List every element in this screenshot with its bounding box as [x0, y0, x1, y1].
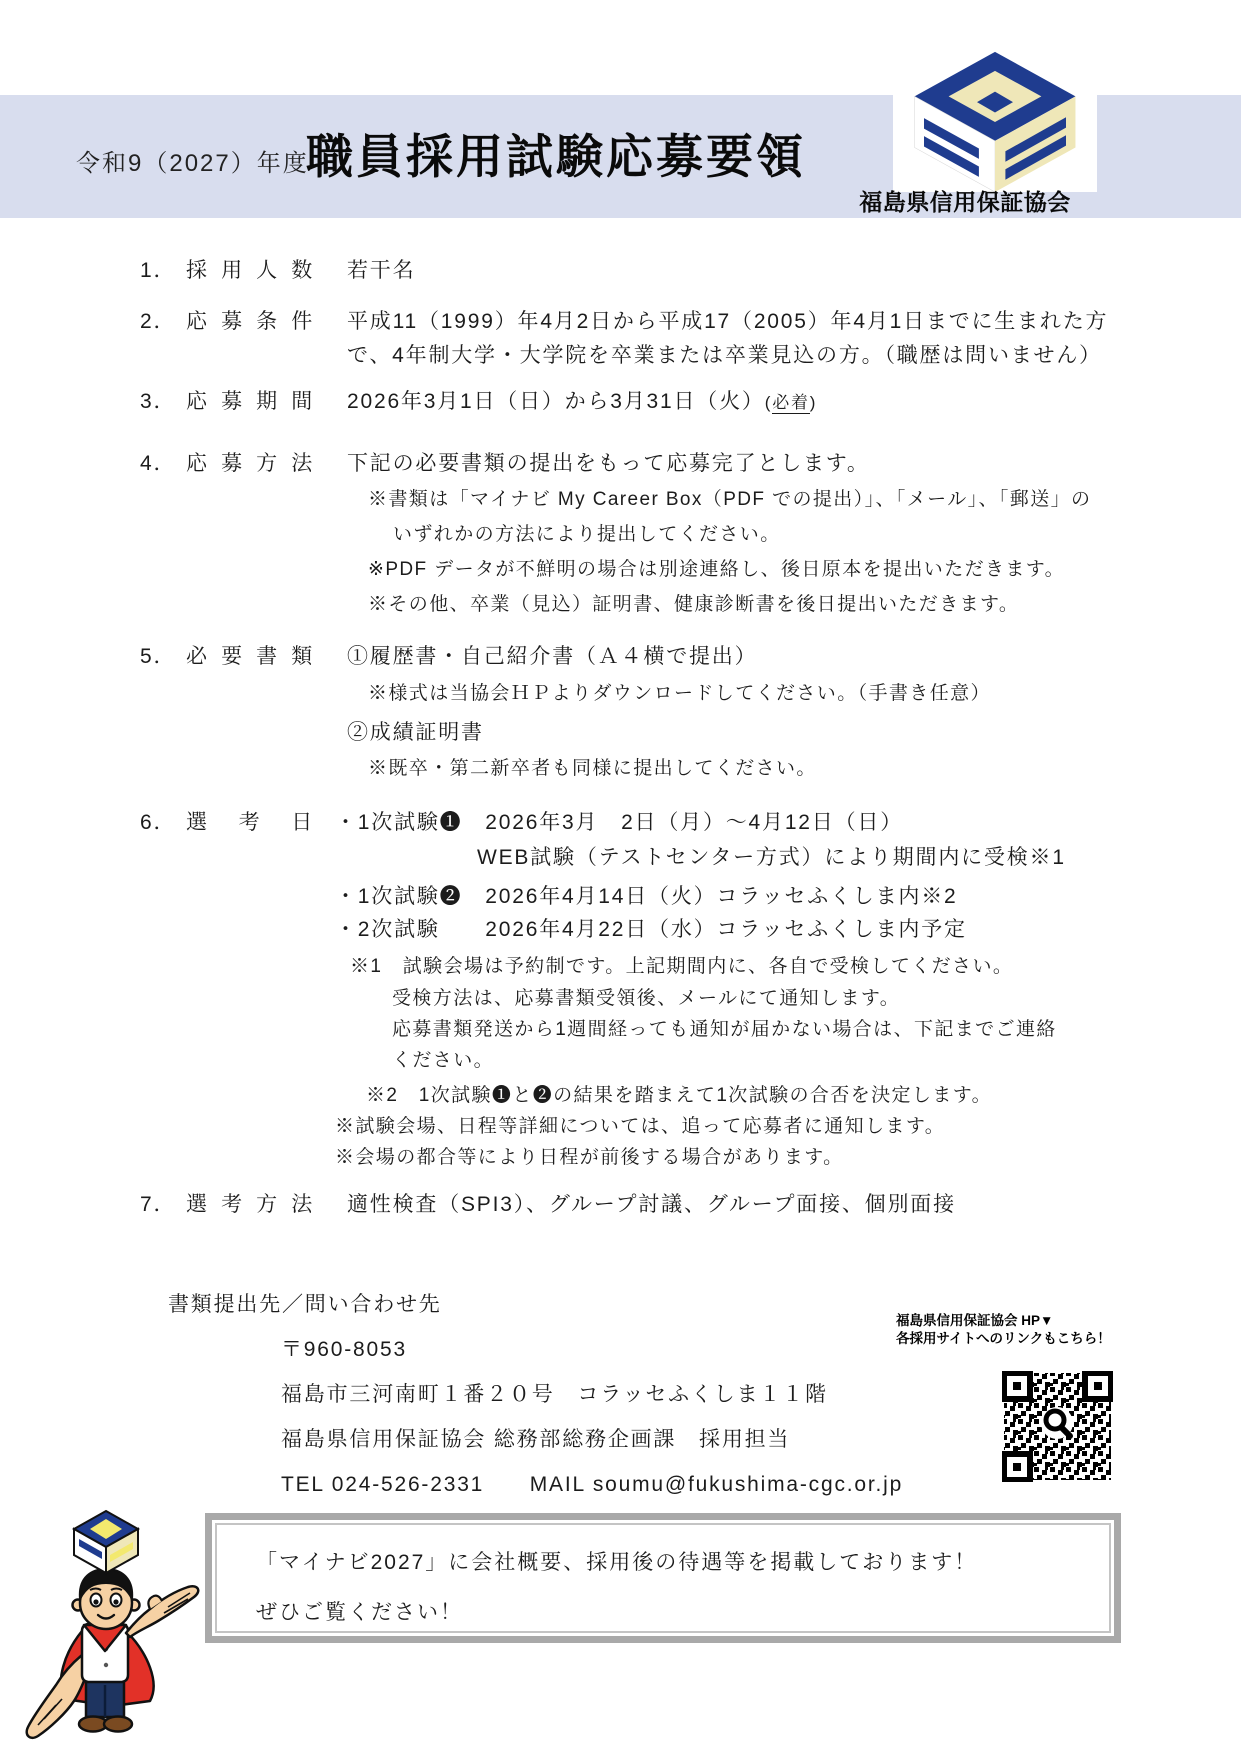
section-4-note1b: いずれかの方法により提出してください。: [393, 522, 781, 548]
section-5-note2: ※既卒・第二新卒者も同様に提出してください。: [368, 756, 817, 782]
deadline-underlined: 必着: [772, 393, 810, 414]
section-4-number: 4．: [140, 451, 176, 477]
contact-address: 福島市三河南町１番２０号 コラッセふくしま１１階: [281, 1382, 828, 1408]
section-6-note4: ※会場の都合等により日程が前後する場合があります。: [335, 1145, 843, 1171]
section-6-note1-line3: 応募書類発送から1週間経っても通知が届かない場合は、下記までご連絡: [392, 1017, 1057, 1043]
section-3-number: 3．: [140, 389, 176, 415]
notice-line1: 「マイナビ2027」に会社概要、採用後の待遇等を掲載しております！: [256, 1546, 977, 1576]
section-5-number: 5．: [140, 644, 176, 670]
section-1-number: 1．: [140, 258, 176, 284]
fiscal-year-label: 令和9（2027）年度: [76, 143, 309, 178]
section-6-note1-line1: ※1 試験会場は予約制です。上記期間内に、各自で受検してください。: [350, 954, 1013, 980]
contact-heading: 書類提出先／問い合わせ先: [168, 1292, 442, 1318]
section-4-content: 下記の必要書類の提出をもって応募完了とします。: [347, 451, 870, 477]
section-2-line1: 平成11（1999）年4月2日から平成17（2005）年4月1日までに生まれた方: [347, 309, 1108, 335]
section-1-content: 若干名: [347, 258, 415, 284]
section-6-note2: ※2 1次試験❶と❷の結果を踏まえて1次試験の合否を決定します。: [366, 1083, 992, 1109]
application-period-dates: 2026年3月1日（日）から3月31日（火）: [347, 390, 765, 413]
section-7-content: 適性検査（SPI3）、グループ討議、グループ面接、個別面接: [347, 1192, 956, 1218]
section-4-note1a: ※書類は「マイナビ My Career Box（PDF での提出）」、「メール」…: [368, 487, 1091, 513]
mynavi-notice-box: 「マイナビ2027」に会社概要、採用後の待遇等を掲載しております！ ぜひご覧くだ…: [205, 1513, 1121, 1643]
page-title: 職員採用試験応募要領: [306, 120, 806, 187]
contact-postal-code: 〒960-8053: [281, 1337, 407, 1363]
section-6-line-exam2: ・2次試験 2026年4月22日（水）コラッセふくしま内予定: [335, 917, 967, 943]
organization-name: 福島県信用保証協会: [848, 184, 1082, 217]
section-3-content: 2026年3月1日（日）から3月31日（火）(必着): [347, 389, 817, 416]
contact-tel-mail: TEL 024-526-2331 MAIL soumu@fukushima-cg…: [281, 1472, 903, 1498]
document-page: 令和9（2027）年度 職員採用試験応募要領 福島県信用保証協会 1． 採用人数…: [0, 0, 1241, 1755]
section-6-note1-line2: 受検方法は、応募書類受領後、メールにて通知します。: [392, 986, 900, 1012]
section-6-line-webtest: WEB試験（テストセンター方式）により期間内に受検※1: [477, 845, 1066, 871]
section-7-number: 7．: [140, 1192, 176, 1218]
section-6-label: 選考日: [186, 810, 314, 836]
mascot-hat-logo: [74, 1511, 138, 1573]
section-1-label: 採用人数: [186, 258, 314, 284]
qr-code: [1002, 1371, 1113, 1482]
section-6-line-exam1a: ・1次試験❶ 2026年3月 2日（月）～4月12日（日）: [335, 810, 903, 836]
section-6-note3: ※試験会場、日程等詳細については、追って応募者に通知します。: [335, 1114, 945, 1140]
section-5-label: 必要書類: [186, 644, 314, 670]
magnifier-icon: [1041, 1407, 1073, 1439]
contact-department: 福島県信用保証協会 総務部総務企画課 採用担当: [281, 1427, 790, 1453]
notice-line2: ぜひご覧ください！: [256, 1596, 463, 1626]
mascot-character: [22, 1503, 200, 1753]
section-5-item1: ①履歴書・自己紹介書（Ａ４横で提出）: [347, 644, 757, 670]
section-5-note1: ※様式は当協会ＨＰよりダウンロードしてください。（手書き任意）: [368, 681, 991, 707]
section-4-label: 応募方法: [186, 451, 314, 477]
section-6-note1-line4: ください。: [392, 1048, 494, 1074]
deadline-paren-close: ): [810, 393, 817, 412]
qr-caption-line2: 各採用サイトへのリンクもこちら！: [896, 1330, 1111, 1348]
section-6-line-exam1b: ・1次試験❷ 2026年4月14日（火）コラッセふくしま内※2: [335, 884, 958, 910]
section-2-number: 2．: [140, 309, 176, 335]
section-4-note3: ※その他、卒業（見込）証明書、健康診断書を後日提出いただきます。: [368, 592, 1019, 618]
section-2-label: 応募条件: [186, 309, 314, 335]
organization-logo-icon: [900, 50, 1090, 192]
qr-caption-line1: 福島県信用保証協会 HP▼: [896, 1312, 1111, 1330]
section-5-item2: ②成績証明書: [347, 720, 484, 746]
section-7-label: 選考方法: [186, 1192, 314, 1218]
section-2-line2: で、4年制大学・大学院を卒業または卒業見込の方。（職歴は問いません）: [347, 343, 1102, 369]
qr-caption: 福島県信用保証協会 HP▼ 各採用サイトへのリンクもこちら！: [896, 1312, 1111, 1348]
section-4-note2: ※PDF データが不鮮明の場合は別途連絡し、後日原本を提出いただきます。: [368, 557, 1065, 583]
section-3-label: 応募期間: [186, 389, 314, 415]
section-6-number: 6．: [140, 810, 176, 836]
